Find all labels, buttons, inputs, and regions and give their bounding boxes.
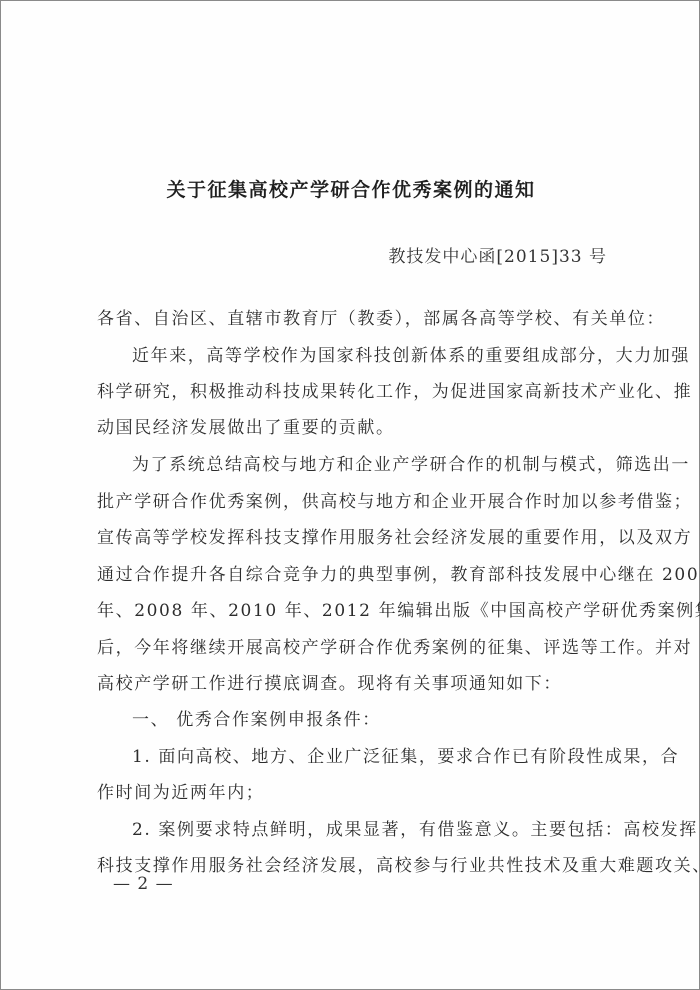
document-number: 教技发中心函[2015]33 号 <box>388 242 607 267</box>
document-page: 关于征集高校产学研合作优秀案例的通知 教技发中心函[2015]33 号 各省、自… <box>0 0 700 990</box>
body-line: 为了系统总结高校与地方和企业产学研合作的机制与模式，筛选出一 <box>132 453 652 477</box>
body-line: 作时间为近两年内； <box>97 781 617 805</box>
body-line: 高校产学研工作进行摸底调查。现将有关事项通知如下： <box>97 672 617 696</box>
list-item: 2. 案例要求特点鲜明，成果显著，有借鉴意义。主要包括：高校发挥 <box>132 818 652 842</box>
body-line: 科技支撑作用服务社会经济发展，高校参与行业共性技术及重大难题攻关、 <box>97 854 617 878</box>
body-line: 批产学研合作优秀案例，供高校与地方和企业开展合作时加以参考借鉴； <box>97 490 617 514</box>
section-heading: 一、 优秀合作案例申报条件： <box>132 708 652 732</box>
body-line: 后，今年将继续开展高校产学研合作优秀案例的征集、评选等工作。并对 <box>97 636 617 660</box>
body-line: 科学研究，积极推动科技成果转化工作，为促进国家高新技术产业化、推 <box>97 380 617 404</box>
page-number: — 2 — <box>113 874 174 894</box>
body-line: 近年来，高等学校作为国家科技创新体系的重要组成部分，大力加强 <box>132 344 652 368</box>
list-item: 1. 面向高校、地方、企业广泛征集，要求合作已有阶段性成果，合 <box>132 745 652 769</box>
body-line: 年、2008 年、2010 年、2012 年编辑出版《中国高校产学研优秀案例集》 <box>97 599 617 623</box>
document-title: 关于征集高校产学研合作优秀案例的通知 <box>1 175 700 202</box>
body-line: 动国民经济发展做出了重要的贡献。 <box>97 416 617 440</box>
addressee-line: 各省、自治区、直辖市教育厅（教委），部属各高等学校、有关单位： <box>97 307 617 331</box>
body-line: 通过合作提升各自综合竞争力的典型事例，教育部科技发展中心继在 2006 <box>97 563 617 587</box>
body-line: 宣传高等学校发挥科技支撑作用服务社会经济发展的重要作用，以及双方 <box>97 526 617 550</box>
